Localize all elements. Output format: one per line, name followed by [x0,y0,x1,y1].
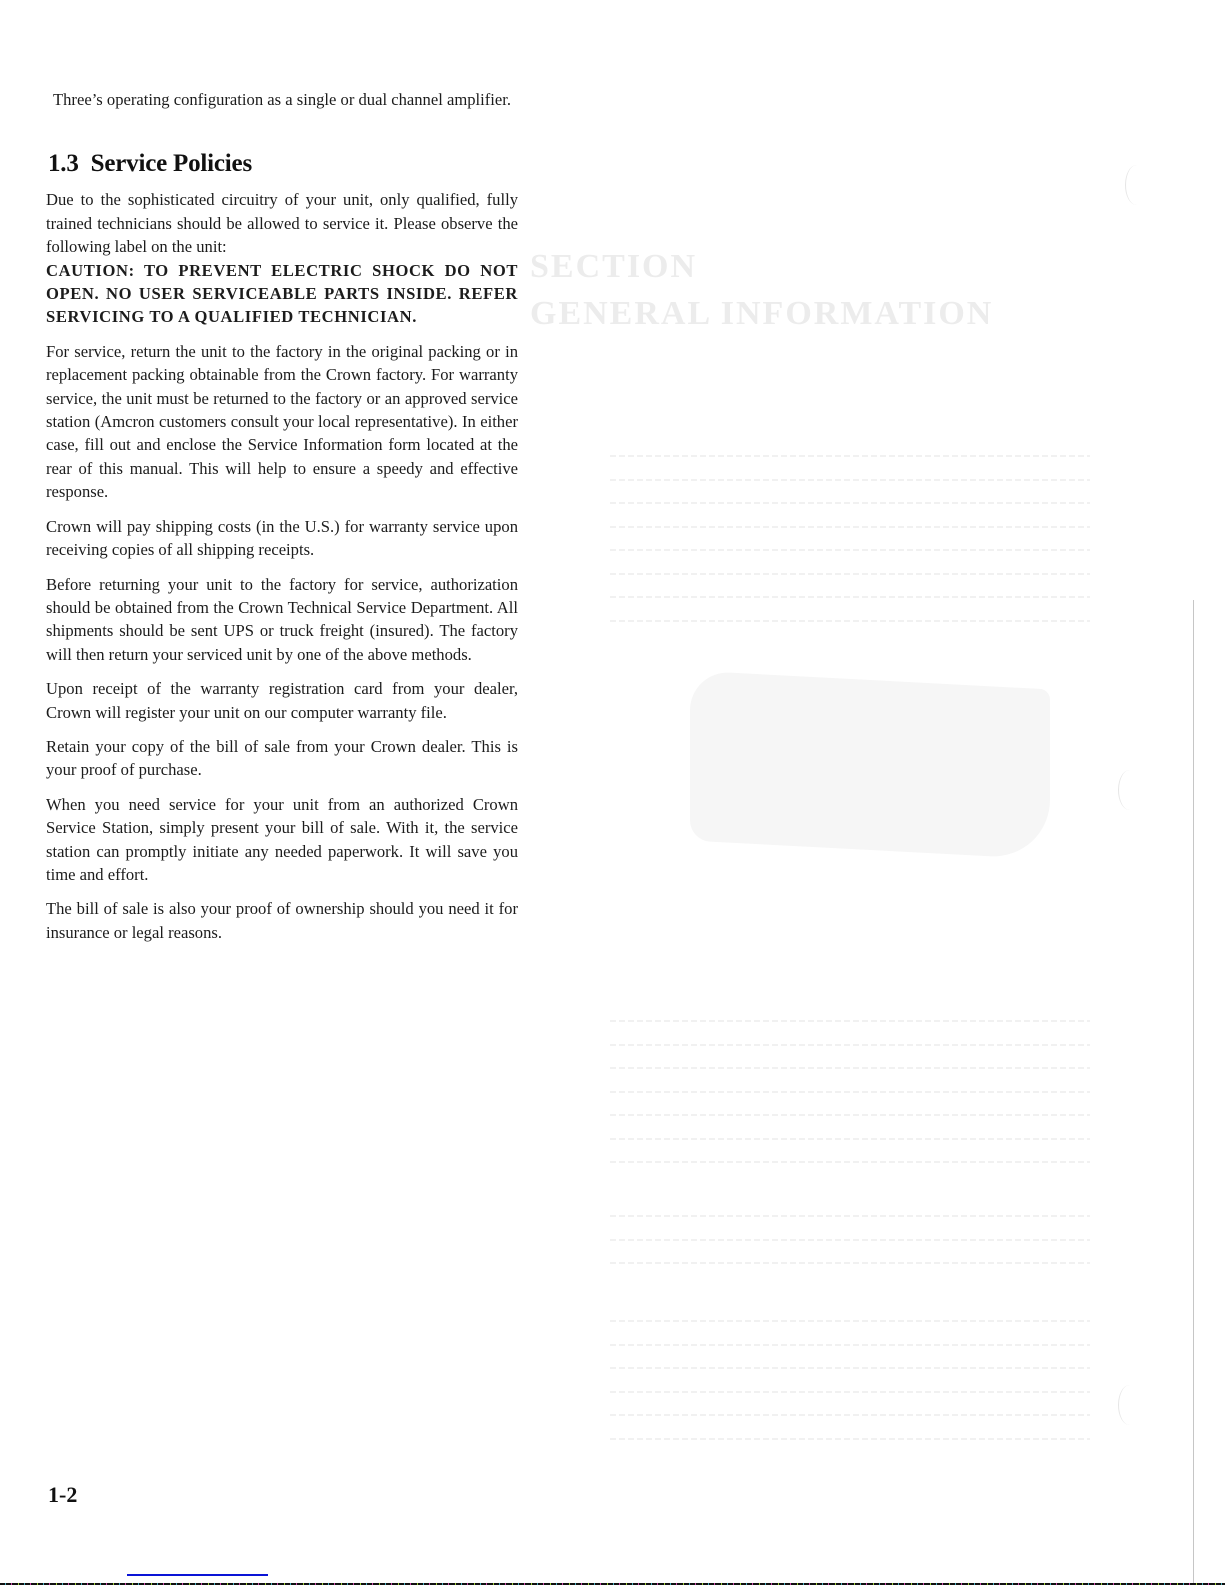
paragraph: For service, return the unit to the fact… [46,340,518,504]
bleed-through-lines [610,1320,1090,1461]
bleed-through-binding-hole [1118,1385,1141,1425]
caution-label: CAUTION: TO PREVENT ELECTRIC SHOCK DO NO… [46,259,518,329]
paragraph: The bill of sale is also your proof of o… [46,897,518,944]
link-underline[interactable] [127,1574,268,1576]
page-edge-rule [1193,600,1194,1585]
bleed-through-binding-hole [1125,165,1148,205]
intro-continuation: Three’s operating configuration as a sin… [46,88,518,111]
bleed-through-text: SECTION [530,248,697,286]
paragraph: Retain your copy of the bill of sale fro… [46,735,518,782]
bleed-through-lines [610,455,1090,643]
section-heading: 1.3Service Policies [48,149,518,179]
bleed-through-lines [610,1020,1090,1185]
bleed-through-binding-hole [1118,770,1141,810]
paragraph: Upon receipt of the warranty registratio… [46,677,518,724]
section-title: Service Policies [91,150,252,177]
paragraph: Before returning your unit to the factor… [46,573,518,667]
paragraph: Due to the sophisticated circuitry of yo… [46,188,518,258]
bleed-through-lines [610,1215,1090,1286]
bleed-through-image [690,671,1050,860]
paragraph: When you need service for your unit from… [46,793,518,887]
bleed-through-text: GENERAL INFORMATION [530,295,993,333]
text-column: Three’s operating configuration as a sin… [46,88,518,944]
document-page: SECTION GENERAL INFORMATION Three’s oper… [0,0,1225,1585]
page-number: 1-2 [48,1482,77,1508]
section-number: 1.3 [48,150,79,177]
paragraph: Crown will pay shipping costs (in the U.… [46,515,518,562]
